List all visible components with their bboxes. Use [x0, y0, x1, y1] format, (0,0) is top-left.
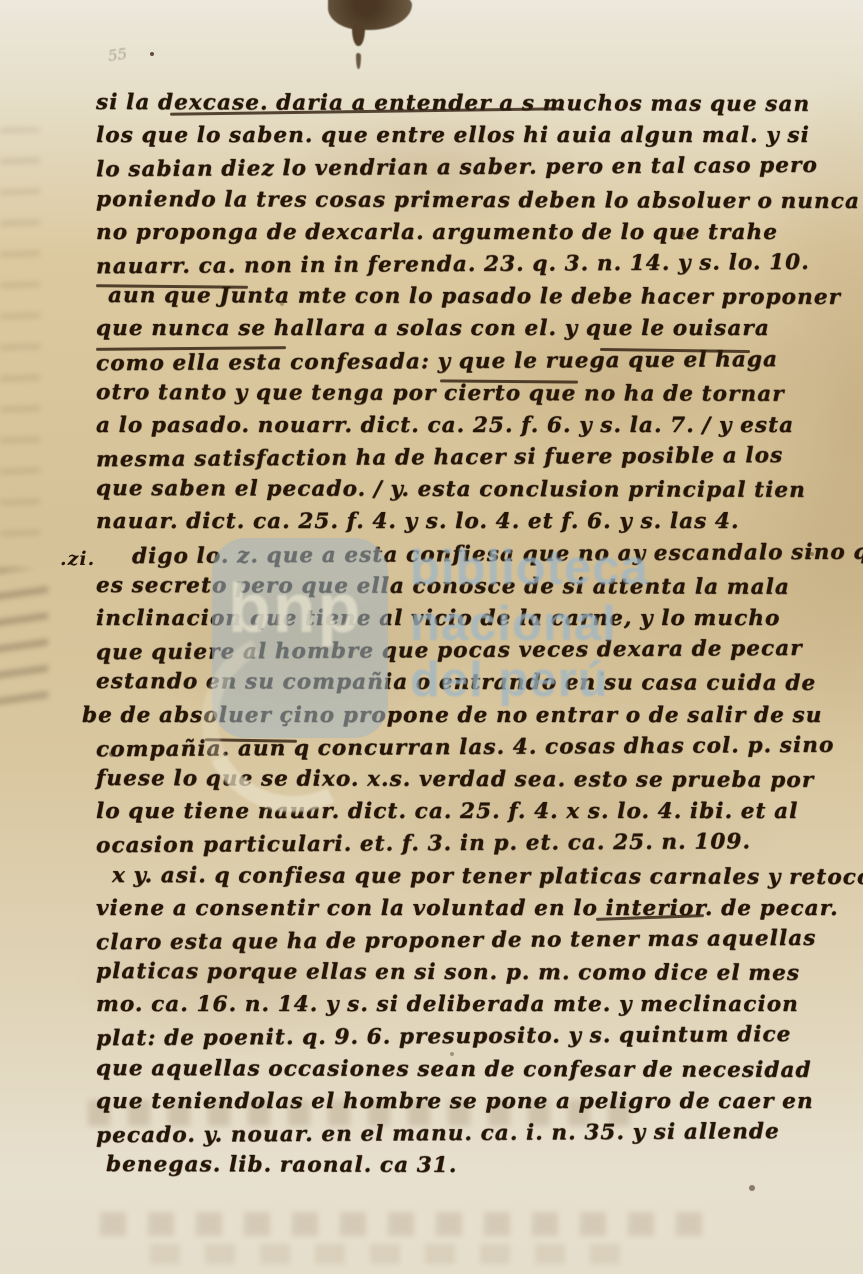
manuscript-line: lo que tiene nauar. dict. ca. 25. f. 4. … [96, 796, 841, 828]
manuscript-line: que aquellas occasiones sean de confesar… [96, 1053, 841, 1087]
manuscript-line: plat: de poenit. q. 9. 6. presuposito. y… [96, 1019, 841, 1056]
manuscript-line: si la dexcase. daria a entender a s much… [96, 87, 841, 121]
manuscript-line: platicas porque ellas en si son. p. m. c… [96, 956, 841, 990]
manuscript-line: a lo pasado. nouarr. dict. ca. 25. f. 6.… [96, 410, 841, 442]
manuscript-line: no proponga de dexcarla. argumento de lo… [96, 217, 841, 249]
manuscript-line: x y. asi. q confiesa que por tener plati… [112, 860, 841, 894]
manuscript-line: es secreto pero que ella conosce de si a… [96, 570, 841, 604]
manuscript-line: compañia. aun q concurran las. 4. cosas … [96, 729, 841, 766]
manuscript-line: nauarr. ca. non in in ferenda. 23. q. 3.… [96, 247, 841, 284]
manuscript-line: nauar. dict. ca. 25. f. 4. y s. lo. 4. e… [96, 506, 841, 538]
manuscript-line: que quiere al hombre que pocas veces dex… [96, 633, 841, 670]
manuscript-line: claro esta que ha de proponer de no tene… [96, 923, 841, 960]
manuscript-line: fuese lo que se dixo. x.s. verdad sea. e… [96, 763, 841, 797]
manuscript-line: ocasion particulari. et. f. 3. in p. et.… [96, 826, 841, 863]
manuscript-line: pecado. y. nouar. en el manu. ca. i. n. … [96, 1116, 841, 1153]
manuscript-line: mo. ca. 16. n. 14. y s. si deliberada mt… [96, 989, 841, 1021]
manuscript-line: poniendo la tres cosas primeras deben lo… [96, 184, 841, 218]
manuscript-line: que saben el pecado. / y. esta conclusio… [96, 473, 841, 507]
manuscript-line: estando en su compañia o entrando en su … [96, 666, 841, 700]
ink-stain [328, 0, 412, 30]
manuscript-line: mesma satisfaction ha de hacer si fuere … [96, 440, 841, 477]
manuscript-line: que teniendolas el hombre se pone a peli… [96, 1086, 841, 1118]
manuscript-line: lo sabian diez lo vendrian a saber. pero… [96, 150, 841, 187]
manuscript-line: digo lo. z. que a esta confiesa que no a… [132, 536, 841, 573]
faint-corner-mark: 55 [107, 45, 128, 65]
ink-specks [150, 52, 154, 56]
bleedthrough-ghost-bottom-2 [150, 1244, 630, 1264]
manuscript-line: benegas. lib. raonal. ca 31. [106, 1149, 841, 1183]
margin-note: .zi. [60, 548, 95, 570]
manuscript-line: que nunca se hallara a solas con el. y q… [96, 313, 841, 345]
handwritten-text-block: si la dexcase. daria a entender a s much… [96, 88, 841, 1182]
manuscript-page: 55 .zi. si la dexcase. daria a entender … [0, 0, 863, 1274]
bleedthrough-ghost-left-top [0, 128, 40, 548]
manuscript-line: viene a consentir con la voluntad en lo … [96, 893, 841, 925]
bleedthrough-ghost-bottom-1 [100, 1212, 720, 1236]
manuscript-line: los que lo saben. que entre ellos hi aui… [96, 120, 841, 152]
manuscript-line: inclinacion que tiene al vicio de la car… [96, 603, 841, 635]
manuscript-line: be de absoluer çino propone de no entrar… [82, 700, 841, 732]
bleedthrough-ghost-left-edge [0, 568, 48, 718]
